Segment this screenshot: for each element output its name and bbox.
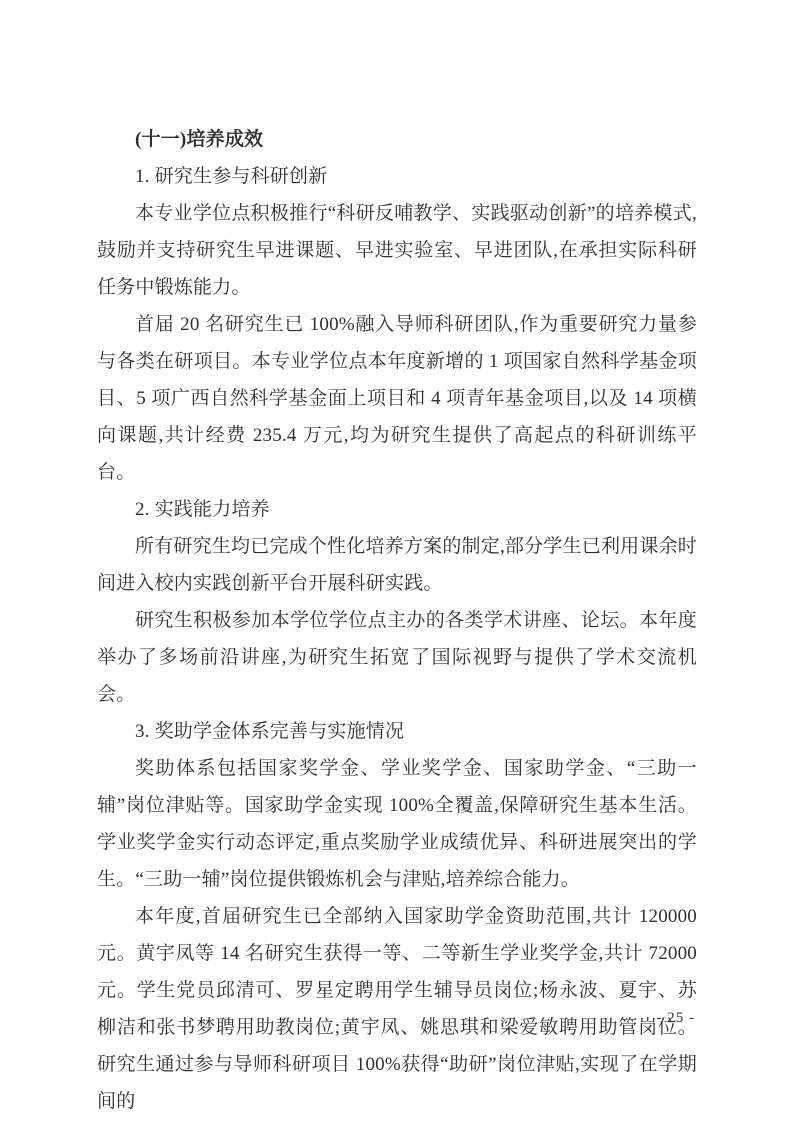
subsection-heading-1: 1. 研究生参与科研创新 (97, 158, 697, 195)
subsection-heading-2: 2. 实践能力培养 (97, 491, 697, 528)
paragraph-lectures: 研究生积极参加本学位学位点主办的各类学术讲座、论坛。本年度举办了多场前沿讲座,为… (97, 602, 697, 713)
subsection-heading-3: 3. 奖助学金体系完善与实施情况 (97, 713, 697, 750)
document-body: (十一)培养成效 1. 研究生参与科研创新 本专业学位点积极推行“科研反哺教学、… (97, 121, 697, 1120)
paragraph-scholarship-system: 奖助体系包括国家奖学金、学业奖学金、国家助学金、“三助一辅”岗位津贴等。国家助学… (97, 750, 697, 898)
paragraph-training-mode: 本专业学位点积极推行“科研反哺教学、实践驱动创新”的培养模式,鼓励并支持研究生早… (97, 195, 697, 306)
document-page: (十一)培养成效 1. 研究生参与科研创新 本专业学位点积极推行“科研反哺教学、… (0, 0, 794, 1123)
paragraph-research-projects: 首届 20 名研究生已 100%融入导师科研团队,作为重要研究力量参与各类在研项… (97, 306, 697, 491)
paragraph-practice-plan: 所有研究生均已完成个性化培养方案的制定,部分学生已利用课余时间进入校内实践创新平… (97, 528, 697, 602)
page-number: - 25 - (97, 1006, 695, 1030)
section-heading: (十一)培养成效 (97, 121, 697, 158)
